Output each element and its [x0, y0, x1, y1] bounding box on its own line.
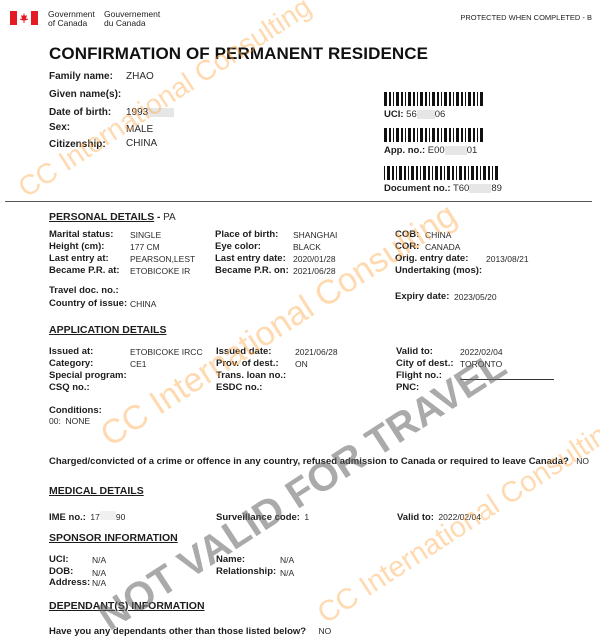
pob-value: SHANGHAI [293, 230, 337, 240]
document-no-barcode-icon [384, 166, 502, 180]
height-value: 177 CM [130, 242, 160, 252]
criminal-answer: NO [576, 456, 589, 466]
app-valid-to-value: 2022/02/04 [460, 347, 503, 357]
dependants-question-row: Have you any dependants other than those… [49, 621, 331, 639]
issued-date-label: Issued date: [216, 346, 271, 357]
family-name-label: Family name: [49, 71, 113, 82]
eye-label: Eye color: [215, 241, 261, 252]
app-valid-to-label: Valid to: [396, 346, 433, 357]
cob-value: CHINA [425, 230, 451, 240]
last-entry-at-value: PEARSON,LEST [130, 254, 195, 264]
citizenship-value: CHINA [126, 138, 157, 149]
sex-value: MALE [126, 124, 153, 135]
conditions-value: 00: NONE [49, 416, 90, 426]
undertaking-label: Undertaking (mos): [395, 265, 482, 276]
category-label: Category: [49, 358, 93, 369]
dob-visible: 1993 [126, 107, 148, 118]
category-value: CE1 [130, 359, 147, 369]
app-no-label: App. no.: [384, 145, 425, 156]
country-issue-label: Country of issue: [49, 298, 127, 309]
dependants-info-heading: DEPENDANT(S) INFORMATION [49, 600, 205, 612]
ime-label: IME no.: [49, 512, 86, 523]
dependants-answer: NO [319, 626, 332, 636]
country-issue-value: CHINA [130, 299, 156, 309]
sponsor-uci-label: UCI: [49, 554, 69, 565]
redaction-mark [148, 108, 174, 117]
redaction-mark [417, 110, 435, 119]
pr-at-label: Became P.R. at: [49, 265, 120, 276]
medical-valid-to-label: Valid to: [397, 512, 434, 523]
criminal-question-row: Charged/convicted of a crime or offence … [49, 451, 589, 469]
csq-label: CSQ no.: [49, 382, 90, 393]
marital-value: SINGLE [130, 230, 161, 240]
app-no-prefix: E00 [428, 145, 445, 156]
medical-valid-to-field: Valid to: 2022/02/04 [397, 507, 481, 525]
medical-valid-to-value: 2022/02/04 [438, 512, 481, 522]
not-valid-for-travel-stamp: NOT VALID FOR TRAVEL [90, 343, 514, 639]
application-details-heading: APPLICATION DETAILS [49, 324, 166, 336]
sponsor-dob-label: DOB: [49, 566, 73, 577]
issued-date-value: 2021/06/28 [295, 347, 338, 357]
app-no-suffix: 01 [467, 145, 478, 156]
document-no-suffix: 89 [491, 183, 502, 194]
expiry-label: Expiry date: [395, 291, 449, 302]
marital-label: Marital status: [49, 229, 113, 240]
gov-fr-line2: du Canada [104, 19, 160, 28]
surveillance-label: Surveillance code: [216, 512, 300, 523]
travel-doc-label: Travel doc. no.: [49, 285, 119, 296]
redaction-mark [469, 184, 491, 193]
pnc-label: PNC: [396, 382, 419, 393]
orig-entry-label: Orig. entry date: [395, 253, 468, 264]
gov-en-signature: Government of Canada [48, 10, 95, 28]
prov-dest-value: ON [295, 359, 308, 369]
cor-value: CANADA [425, 242, 460, 252]
issued-at-label: Issued at: [49, 346, 93, 357]
last-entry-date-value: 2020/01/28 [293, 254, 336, 264]
pr-at-value: ETOBICOKE IR [130, 266, 190, 276]
uci-suffix: 06 [435, 109, 446, 120]
heading-separator: - [154, 212, 163, 223]
orig-entry-value: 2013/08/21 [486, 254, 529, 264]
ime-suffix: 90 [116, 512, 125, 522]
sponsor-address-value: N/A [92, 578, 106, 588]
applicant-type: PA [163, 212, 176, 223]
family-name-value: ZHAO [126, 71, 154, 82]
gov-fr-signature: Gouvernement du Canada [104, 10, 160, 28]
given-names-label: Given name(s): [49, 89, 121, 100]
special-program-label: Special program: [49, 370, 127, 381]
citizenship-label: Citizenship: [49, 139, 106, 150]
gov-en-line2: of Canada [48, 19, 95, 28]
sponsor-name-label: Name: [216, 554, 245, 565]
city-dest-value: TORONTO [460, 359, 502, 369]
app-no-barcode-icon [384, 128, 486, 142]
protected-label: PROTECTED WHEN COMPLETED - B [460, 13, 592, 22]
pr-on-label: Became P.R. on: [215, 265, 289, 276]
uci-prefix: 56 [406, 109, 417, 120]
dob-label: Date of birth: [49, 107, 111, 118]
dob-value: 1993 [126, 107, 174, 118]
document-no-label: Document no.: [384, 183, 451, 194]
city-dest-label: City of dest.: [396, 358, 454, 369]
personal-details-title: PERSONAL DETAILS [49, 211, 154, 223]
trans-loan-label: Trans. loan no.: [216, 370, 286, 381]
prov-dest-label: Prov. of dest.: [216, 358, 279, 369]
uci-barcode-icon [384, 92, 486, 106]
last-entry-date-label: Last entry date: [215, 253, 286, 264]
conditions-label: Conditions: [49, 405, 102, 416]
issued-at-value: ETOBICOKE IRCC [130, 347, 203, 357]
ime-field: IME no.: 1790 [49, 507, 125, 525]
flight-no-label: Flight no.: [396, 370, 442, 381]
cor-label: COR: [395, 241, 419, 252]
criminal-question: Charged/convicted of a crime or offence … [49, 456, 569, 467]
canada-flag-icon [10, 11, 38, 25]
app-no-field: App. no.: E0001 [384, 145, 477, 156]
sponsor-address-label: Address: [49, 577, 90, 588]
section-divider [5, 201, 592, 202]
cob-label: COB: [395, 229, 419, 240]
sponsor-relationship-value: N/A [280, 568, 294, 578]
surveillance-value: 1 [304, 512, 309, 522]
surveillance-field: Surveillance code: 1 [216, 507, 309, 525]
flight-no-underline [460, 379, 554, 380]
page-title: CONFIRMATION OF PERMANENT RESIDENCE [49, 44, 428, 64]
sponsor-dob-value: N/A [92, 568, 106, 578]
eye-value: BLACK [293, 242, 321, 252]
esdc-label: ESDC no.: [216, 382, 262, 393]
dependants-question: Have you any dependants other than those… [49, 626, 306, 637]
redaction-mark [100, 511, 116, 520]
last-entry-at-label: Last entry at: [49, 253, 109, 264]
document-no-field: Document no.: T6089 [384, 183, 502, 194]
ime-prefix: 17 [90, 512, 99, 522]
uci-field: UCI: 5606 [384, 109, 445, 120]
expiry-value: 2023/05/20 [454, 292, 497, 302]
medical-details-heading: MEDICAL DETAILS [49, 485, 144, 497]
pob-label: Place of birth: [215, 229, 278, 240]
sponsor-name-value: N/A [280, 555, 294, 565]
document-no-prefix: T60 [453, 183, 469, 194]
height-label: Height (cm): [49, 241, 104, 252]
personal-details-heading: PERSONAL DETAILS - PA [49, 207, 176, 225]
uci-label: UCI: [384, 109, 404, 120]
consulting-watermark: CC International Consulting [13, 0, 318, 204]
sponsor-info-heading: SPONSOR INFORMATION [49, 532, 178, 544]
sponsor-relationship-label: Relationship: [216, 566, 276, 577]
pr-on-value: 2021/06/28 [293, 266, 336, 276]
sex-label: Sex: [49, 122, 70, 133]
redaction-mark [445, 146, 467, 155]
sponsor-uci-value: N/A [92, 555, 106, 565]
